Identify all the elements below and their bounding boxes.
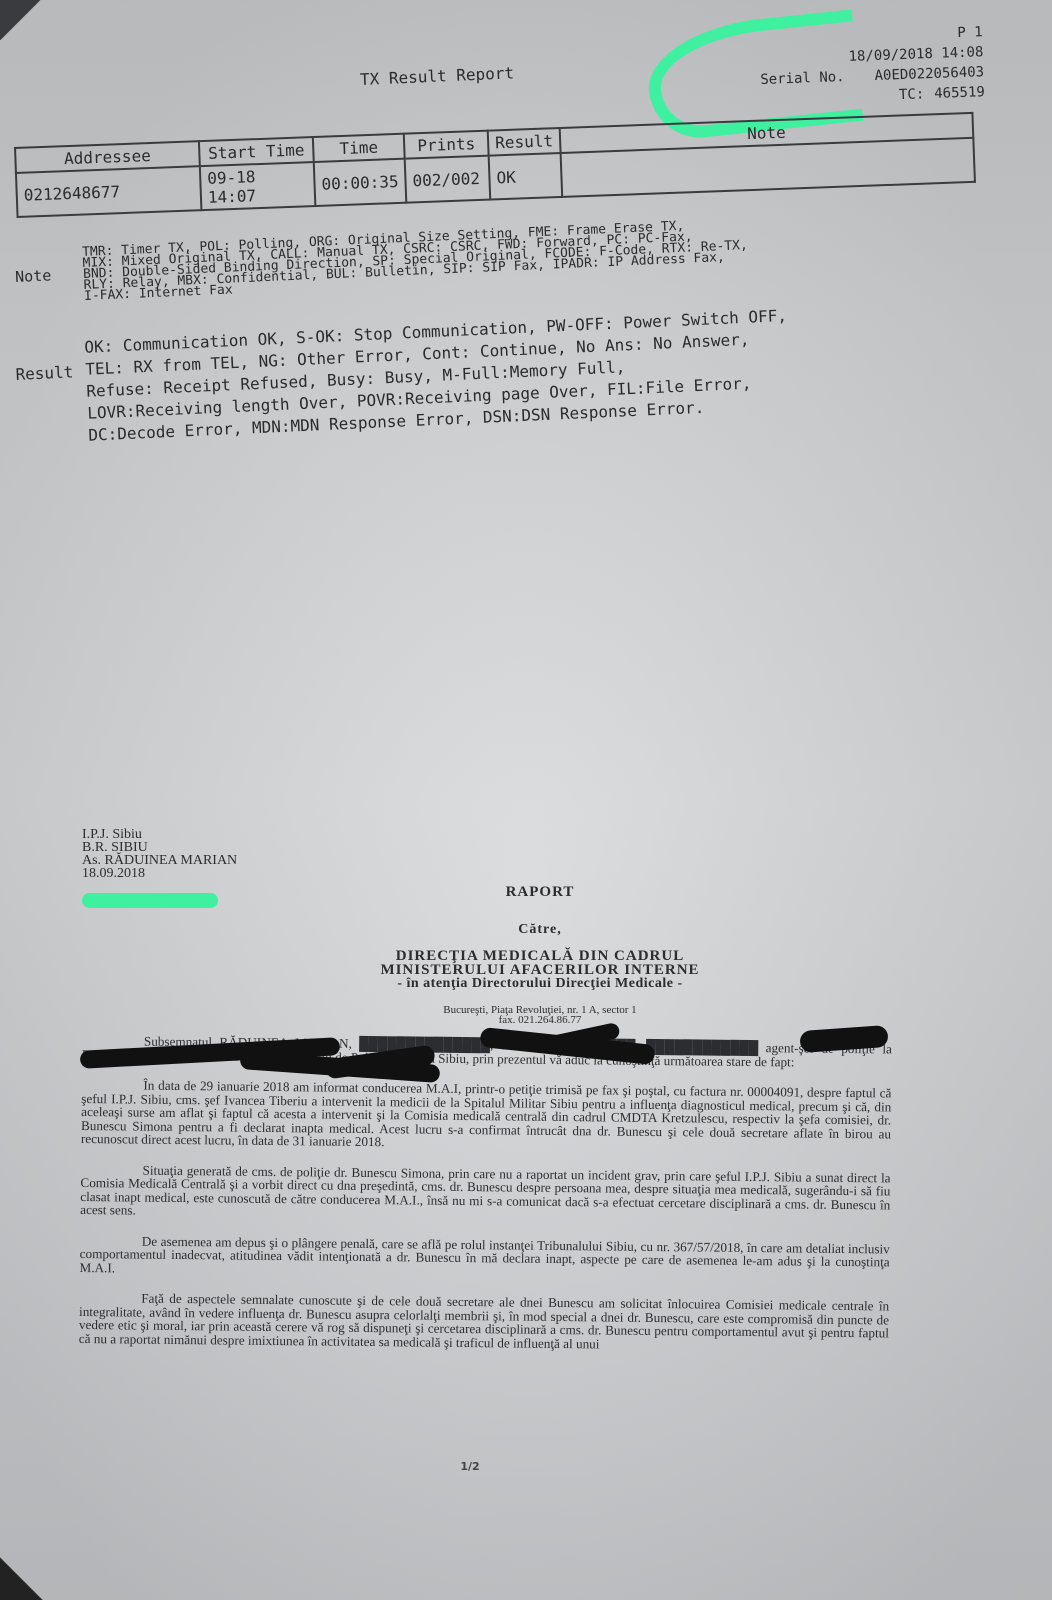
sender-line: 18.09.2018: [82, 867, 237, 880]
tc-value: 465519: [934, 82, 985, 104]
page-number: 1/2: [440, 1460, 500, 1473]
letter-body: Subsemnatul RĂDUINEA MARIAN, ███████████…: [79, 1034, 892, 1370]
recipient-fax: fax. 021.264.86.77: [150, 1014, 930, 1026]
sender-block: I.P.J. Sibiu B.R. SIBIU As. RĂDUINEA MAR…: [82, 828, 237, 880]
cell-start-time: 09-18 14:07: [200, 162, 316, 210]
paper-photo: TX Result Report P 1 18/09/2018 14:08 Se…: [0, 0, 1052, 1600]
col-header-result: Result: [488, 128, 561, 156]
page-indicator: P 1: [957, 22, 983, 43]
col-header-prints: Prints: [404, 131, 489, 159]
tc-label: TC:: [899, 84, 925, 105]
note-legend: Note TMR: Timer TX, POL: Polling, ORG: O…: [14, 218, 749, 305]
salutation: Către,: [150, 922, 930, 938]
recipient-line: - în atenţia Directorului Direcţiei Medi…: [150, 976, 930, 992]
paragraph: Situaţia generată de cms. de poliţie dr.…: [80, 1162, 891, 1224]
note-label: Note: [15, 270, 52, 283]
result-legend: Result OK: Communication OK, S-OK: Stop …: [14, 305, 791, 450]
result-label: Result: [15, 361, 74, 386]
cell-result: OK: [489, 153, 562, 200]
cell-addressee: 0212648677: [16, 166, 201, 217]
paragraph: În data de 29 ianuarie 2018 am informat …: [81, 1078, 892, 1154]
cell-prints: 002/002: [405, 156, 491, 203]
report-title: TX Result Report: [360, 63, 515, 89]
document-title: RAPORT: [150, 884, 930, 901]
paragraph: De asemenea am depus şi o plângere penal…: [79, 1233, 889, 1282]
cell-time: 00:00:35: [314, 159, 407, 206]
tx-result-table: Addressee Start Time Time Prints Result …: [14, 112, 976, 218]
paragraph: Faţă de aspectele semnalate cunoscute şi…: [79, 1291, 890, 1353]
photo-background-corner: [0, 0, 60, 40]
col-header-time: Time: [313, 134, 405, 162]
photo-background-corner: [0, 1540, 60, 1600]
